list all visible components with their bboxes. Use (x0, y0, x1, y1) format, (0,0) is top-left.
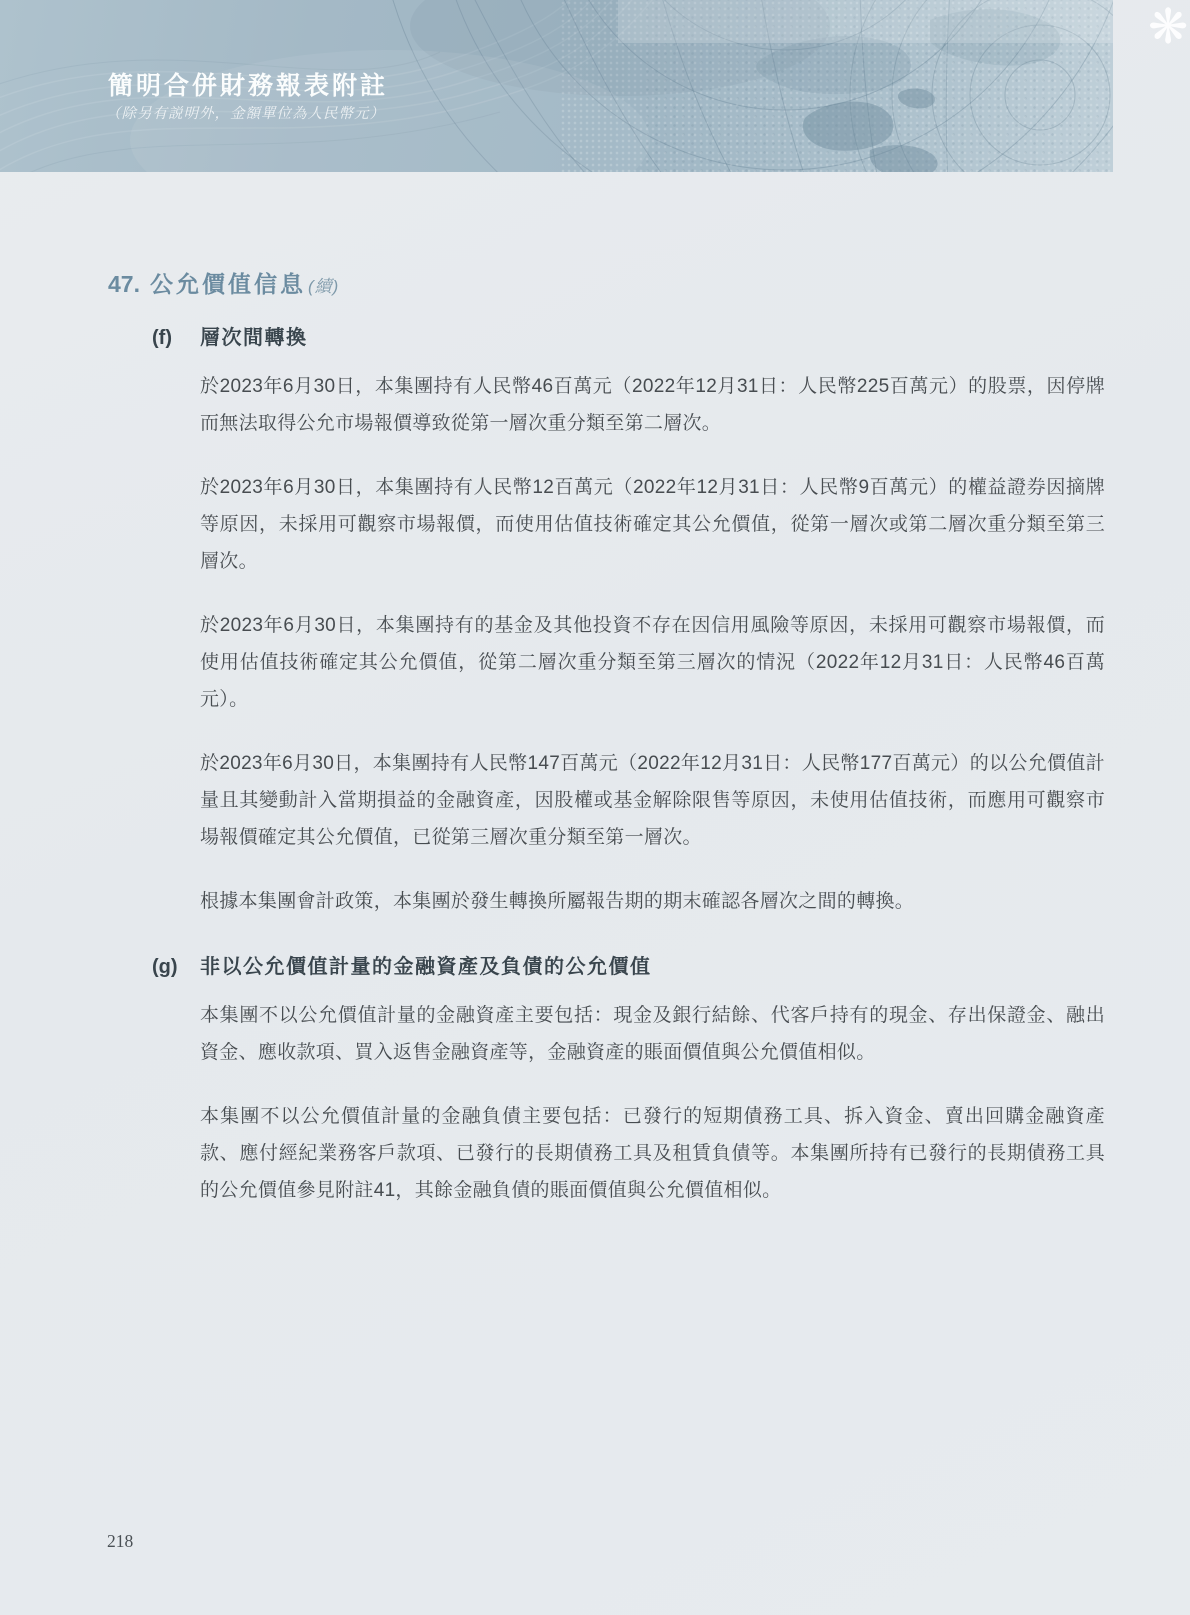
paragraph: 本集團不以公允價值計量的金融資產主要包括：現金及銀行結餘、代客戶持有的現金、存出… (200, 997, 1105, 1071)
document-subtitle: （除另有説明外，金額單位為人民幣元） (106, 102, 385, 123)
section-continued-label: (續) (308, 272, 339, 297)
subsection-f: (f) 層次間轉換 於2023年6月30日，本集團持有人民幣46百萬元（2022… (0, 321, 1190, 920)
document-title: 簡明合併財務報表附註 (108, 66, 388, 102)
paragraph: 於2023年6月30日，本集團持有的基金及其他投資不存在因信用風險等原因，未採用… (200, 607, 1105, 718)
subsection-f-title: 層次間轉換 (200, 321, 308, 350)
page-number: 218 (107, 1531, 133, 1552)
subsection-g: (g) 非以公允價值計量的金融資產及負債的公允價值 本集團不以公允價值計量的金融… (0, 950, 1190, 1209)
paragraph: 根據本集團會計政策，本集團於發生轉換所屬報告期的期末確認各層次之間的轉換。 (200, 883, 1105, 920)
paragraph: 於2023年6月30日，本集團持有人民幣46百萬元（2022年12月31日：人民… (200, 368, 1105, 442)
section-heading: 47. 公允價值信息 (續) (0, 266, 1190, 299)
subsection-g-label: (g) (152, 956, 200, 979)
subsection-g-title: 非以公允價值計量的金融資產及負債的公允價值 (200, 950, 652, 979)
flower-decoration-icon: ❋ (1148, 4, 1188, 52)
page-header-banner: 簡明合併財務報表附註 （除另有説明外，金額單位為人民幣元） (0, 0, 1113, 172)
section-title: 公允價值信息 (150, 266, 306, 299)
document-page: 簡明合併財務報表附註 （除另有説明外，金額單位為人民幣元） ❋ 47. 公允價值… (0, 0, 1190, 1615)
paragraph: 於2023年6月30日，本集團持有人民幣147百萬元（2022年12月31日：人… (200, 745, 1105, 856)
subsection-g-heading: (g) 非以公允價值計量的金融資產及負債的公允價值 (0, 950, 1190, 979)
paragraph: 本集團不以公允價值計量的金融負債主要包括：已發行的短期債務工具、拆入資金、賣出回… (200, 1098, 1105, 1209)
banner-highlight-strip (618, 0, 1113, 43)
subsection-g-body: 本集團不以公允價值計量的金融資產主要包括：現金及銀行結餘、代客戶持有的現金、存出… (200, 997, 1105, 1209)
subsection-f-label: (f) (152, 327, 200, 350)
paragraph: 於2023年6月30日，本集團持有人民幣12百萬元（2022年12月31日：人民… (200, 469, 1105, 580)
subsection-f-heading: (f) 層次間轉換 (0, 321, 1190, 350)
section-number: 47. (108, 271, 150, 298)
subsection-f-body: 於2023年6月30日，本集團持有人民幣46百萬元（2022年12月31日：人民… (200, 368, 1105, 920)
note-content: 47. 公允價值信息 (續) (f) 層次間轉換 於2023年6月30日，本集團… (0, 266, 1190, 1236)
